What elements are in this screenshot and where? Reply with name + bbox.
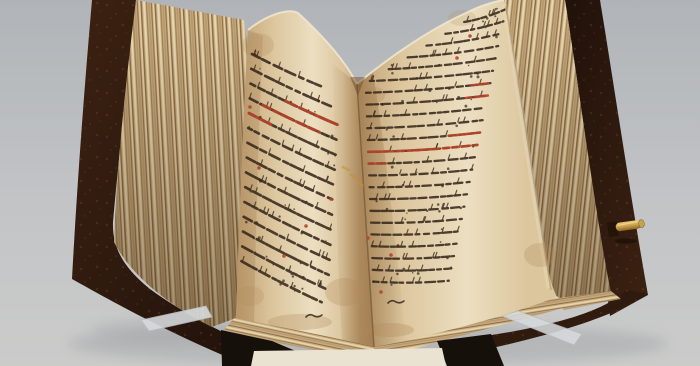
manuscript-photograph [0, 0, 700, 366]
manuscript-photo-svg [0, 0, 700, 366]
cradle-base-strip [251, 348, 446, 366]
